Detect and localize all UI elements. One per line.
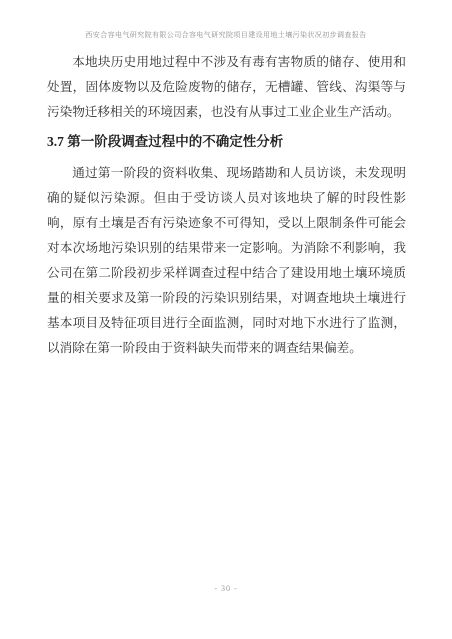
- document-page: 西安合容电气研究院有限公司合容电气研究院项目建设用地土壤污染状况初步调查报告 本…: [0, 0, 452, 639]
- section-heading-3-7: 3.7 第一阶段调查过程中的不确定性分析: [47, 131, 406, 153]
- page-content: 本地块历史用地过程中不涉及有毒有害物质的储存、使用和处置，固体废物以及危险废物的…: [47, 50, 406, 361]
- running-header: 西安合容电气研究院有限公司合容电气研究院项目建设用地土壤污染状况初步调查报告: [0, 30, 452, 40]
- page-number: - 30 -: [0, 584, 452, 593]
- paragraph-history-use: 本地块历史用地过程中不涉及有毒有害物质的储存、使用和处置，固体废物以及危险废物的…: [47, 50, 406, 125]
- paragraph-uncertainty-analysis: 通过第一阶段的资料收集、现场踏勘和人员访谈，未发现明确的疑似污染源。但由于受访谈…: [47, 161, 406, 361]
